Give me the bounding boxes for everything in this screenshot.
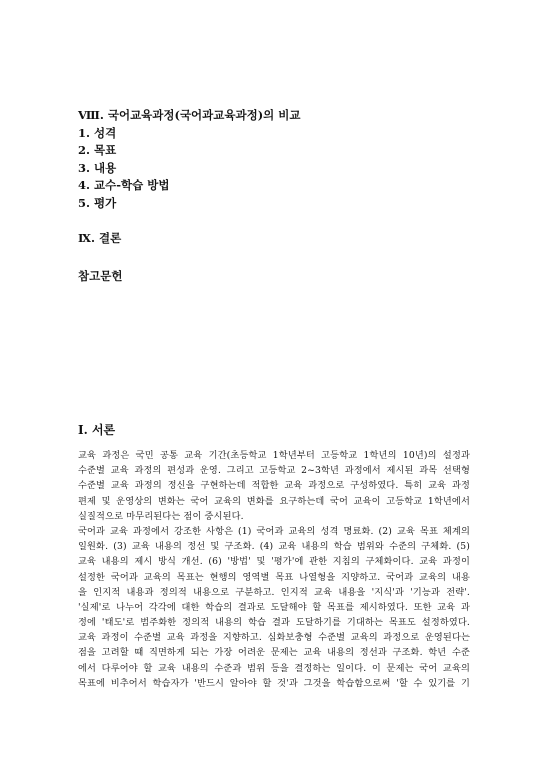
body-line: 국어과 교육 과정에서 강조한 사항은 (1) 국어과 교육의 성격 명료화. … — [78, 524, 470, 539]
toc-item-teaching-method: 4. 교수-학습 방법 — [78, 177, 300, 195]
body-line: 목표에 비추어서 학습자가 '반드시 알아야 할 것'과 그것을 학습함으로써 … — [78, 676, 470, 691]
body-line: 설정한 국어과 교육의 목표는 현행의 영역별 목표 나열형을 지양하고. 국어… — [78, 570, 470, 585]
body-line: 수준별 교육 과정의 편성과 운영. 그리고 고등학교 2~3학년 과정에서 제… — [78, 463, 470, 478]
body-line: 점을 고려할 때 직면하게 되는 가장 어려운 문제는 교육 내용의 정선과 구… — [78, 645, 470, 660]
body-line: 정에 '태도'로 범주화한 정의적 내용의 학습 결과 도달하기를 기대하는 목… — [78, 615, 470, 630]
toc-item-evaluation: 5. 평가 — [78, 195, 300, 213]
body-line: 에서 다루어야 할 교육 내용의 수준과 범위 등을 결정하는 일이다. 이 문… — [78, 661, 470, 676]
table-of-contents: Ⅷ. 국어교육과정(국어과교육과정)의 비교 1. 성격 2. 목표 3. 내용… — [78, 107, 300, 285]
body-line: 일원화. (3) 교육 내용의 정선 및 구조화. (4) 교육 내용의 학습 … — [78, 539, 470, 554]
toc-item-goals: 2. 목표 — [78, 142, 300, 160]
body-line: 실질적으로 마무리된다는 점이 중시된다. — [78, 509, 470, 524]
toc-item-nature: 1. 성격 — [78, 125, 300, 143]
body-line: 수준별 교육 과정의 정신을 구현하는데 적합한 교육 과정으로 구성하였다. … — [78, 478, 470, 493]
section-body: 교육 과정은 국민 공통 교육 기간(초등학교 1학년부터 고등학교 1학년의 … — [78, 448, 470, 691]
body-line: 교육 과정이 수준별 교육 과정을 지향하고. 심화보충형 수준별 교육의 과정… — [78, 630, 470, 645]
body-line: 교육 과정은 국민 공통 교육 기간(초등학교 1학년부터 고등학교 1학년의 … — [78, 448, 470, 463]
body-line: 편제 및 운영상의 변화는 국어 교육의 변화를 요구하는데 국어 교육이 고등… — [78, 494, 470, 509]
toc-chapter-8: Ⅷ. 국어교육과정(국어과교육과정)의 비교 — [78, 107, 300, 125]
toc-item-content: 3. 내용 — [78, 160, 300, 178]
body-line: '실제'로 나누어 각각에 대한 학습의 결과로 도달해야 할 목표를 제시하였… — [78, 600, 470, 615]
toc-chapter-9: Ⅸ. 결론 — [78, 230, 300, 248]
body-line: 교육 내용의 제시 방식 개선. (6) '방법' 및 '평가'에 관한 지침의… — [78, 554, 470, 569]
toc-references: 참고문헌 — [78, 268, 300, 286]
section-title: Ⅰ. 서론 — [78, 421, 115, 438]
body-line: 을 인지적 내용과 정의적 내용으로 구분하고. 인지적 교육 내용을 '지식'… — [78, 585, 470, 600]
